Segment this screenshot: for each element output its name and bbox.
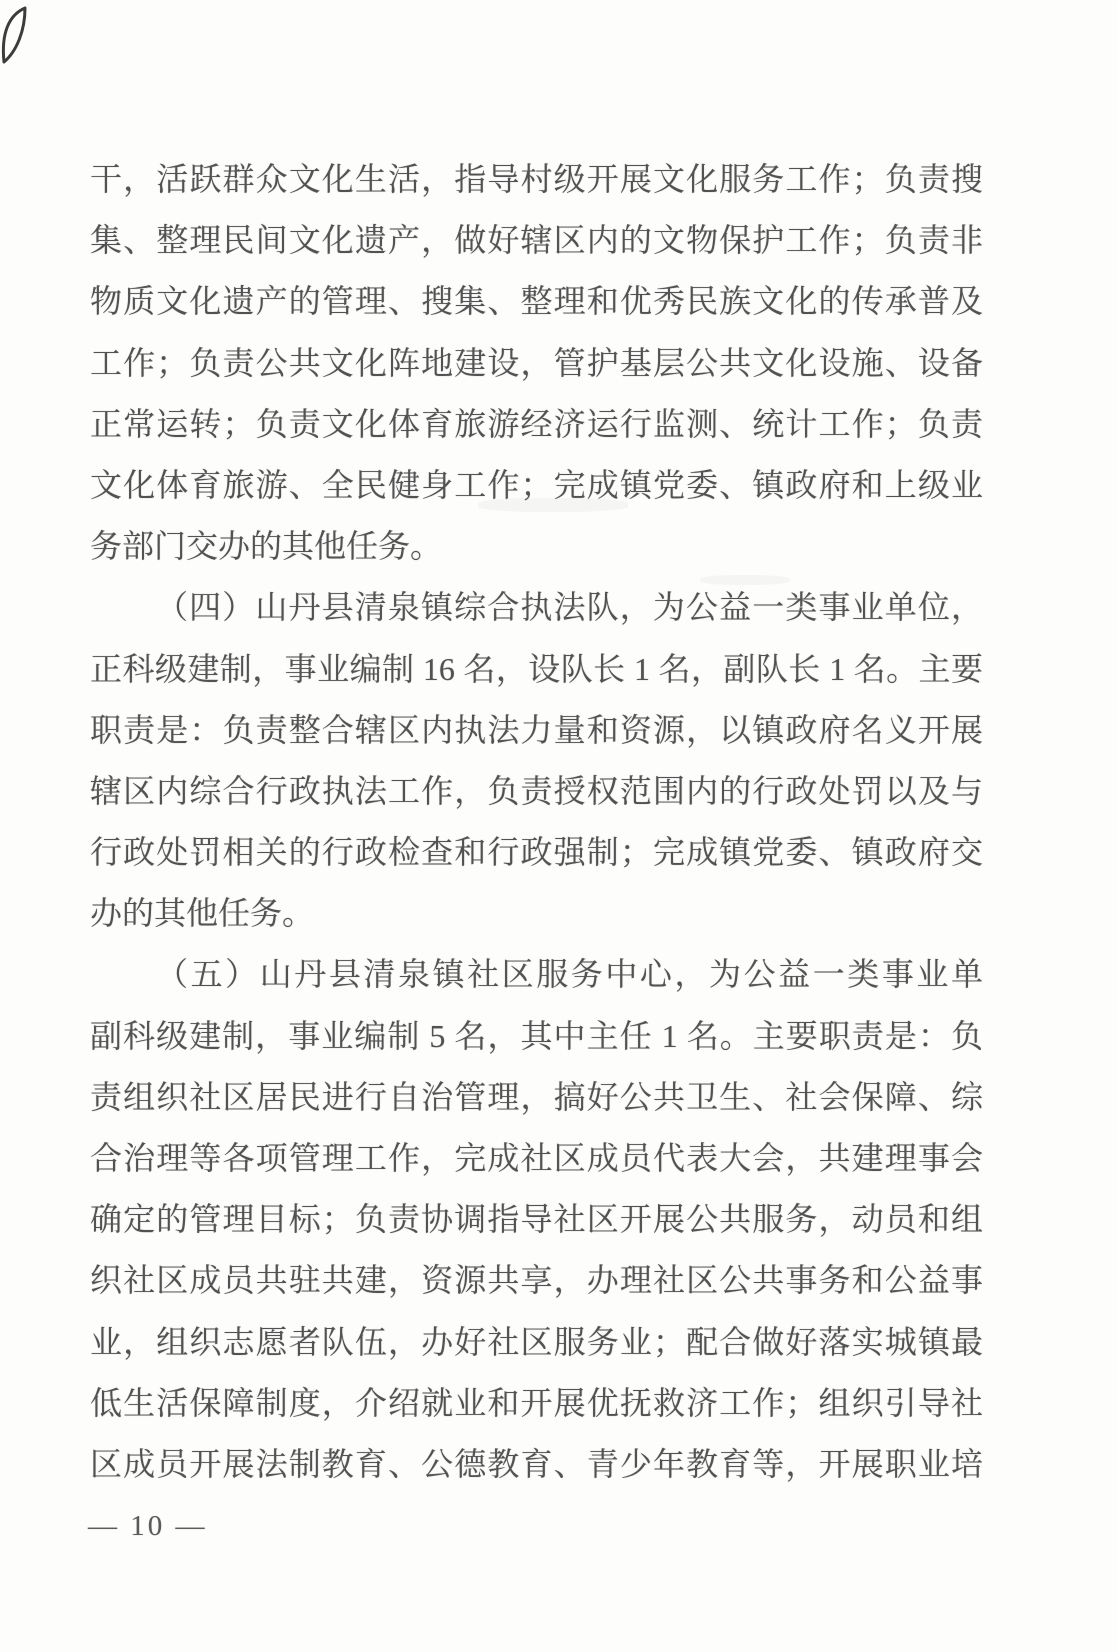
text-line: 合治理等各项管理工作，完成社区成员代表大会，共建理事会 (90, 1128, 983, 1189)
text-line: 业，组织志愿者队伍，办好社区服务业；配合做好落实城镇最 (90, 1312, 983, 1373)
text-line: 行政处罚相关的行政检查和行政强制；完成镇党委、镇政府交 (90, 822, 983, 883)
handwritten-pen-mark-icon (0, 2, 34, 72)
text-line: 工作；负责公共文化阵地建设，管护基层公共文化设施、设备 (90, 333, 983, 394)
text-line-section-4-start: （四）山丹县清泉镇综合执法队，为公益一类事业单位， (90, 577, 983, 638)
text-line: 责组织社区居民进行自治管理，搞好公共卫生、社会保障、综 (90, 1067, 983, 1128)
text-line: 确定的管理目标；负责协调指导社区开展公共服务，动员和组 (90, 1189, 983, 1250)
document-body: 干，活跃群众文化生活，指导村级开展文化服务工作；负责搜 集、整理民间文化遗产，做… (90, 149, 983, 1495)
text-line: 干，活跃群众文化生活，指导村级开展文化服务工作；负责搜 (90, 149, 983, 210)
text-line: 正科级建制，事业编制 16 名，设队长 1 名，副队长 1 名。主要 (90, 639, 983, 700)
page-number: — 10 — (88, 1506, 208, 1546)
text-line-paragraph-end: 办的其他任务。 (90, 883, 983, 944)
text-line: 织社区成员共驻共建，资源共享，办理社区公共事务和公益事 (90, 1250, 983, 1311)
document-page: 干，活跃群众文化生活，指导村级开展文化服务工作；负责搜 集、整理民间文化遗产，做… (0, 0, 1117, 1652)
text-line: 文化体育旅游、全民健身工作；完成镇党委、镇政府和上级业 (90, 455, 983, 516)
text-line-paragraph-end: 务部门交办的其他任务。 (90, 516, 983, 577)
text-line: 区成员开展法制教育、公德教育、青少年教育等，开展职业培 (90, 1434, 983, 1495)
text-line: 辖区内综合行政执法工作，负责授权范围内的行政处罚以及与 (90, 761, 983, 822)
text-line: 物质文化遗产的管理、搜集、整理和优秀民族文化的传承普及 (90, 271, 983, 332)
text-line: 副科级建制，事业编制 5 名，其中主任 1 名。主要职责是：负 (90, 1006, 983, 1067)
text-line: 集、整理民间文化遗产，做好辖区内的文物保护工作；负责非 (90, 210, 983, 271)
text-line: 职责是：负责整合辖区内执法力量和资源，以镇政府名义开展 (90, 700, 983, 761)
text-line: 低生活保障制度，介绍就业和开展优抚救济工作；组织引导社 (90, 1373, 983, 1434)
text-line-section-5-start: （五）山丹县清泉镇社区服务中心，为公益一类事业单位， (90, 944, 983, 1005)
text-line: 正常运转；负责文化体育旅游经济运行监测、统计工作；负责 (90, 394, 983, 455)
